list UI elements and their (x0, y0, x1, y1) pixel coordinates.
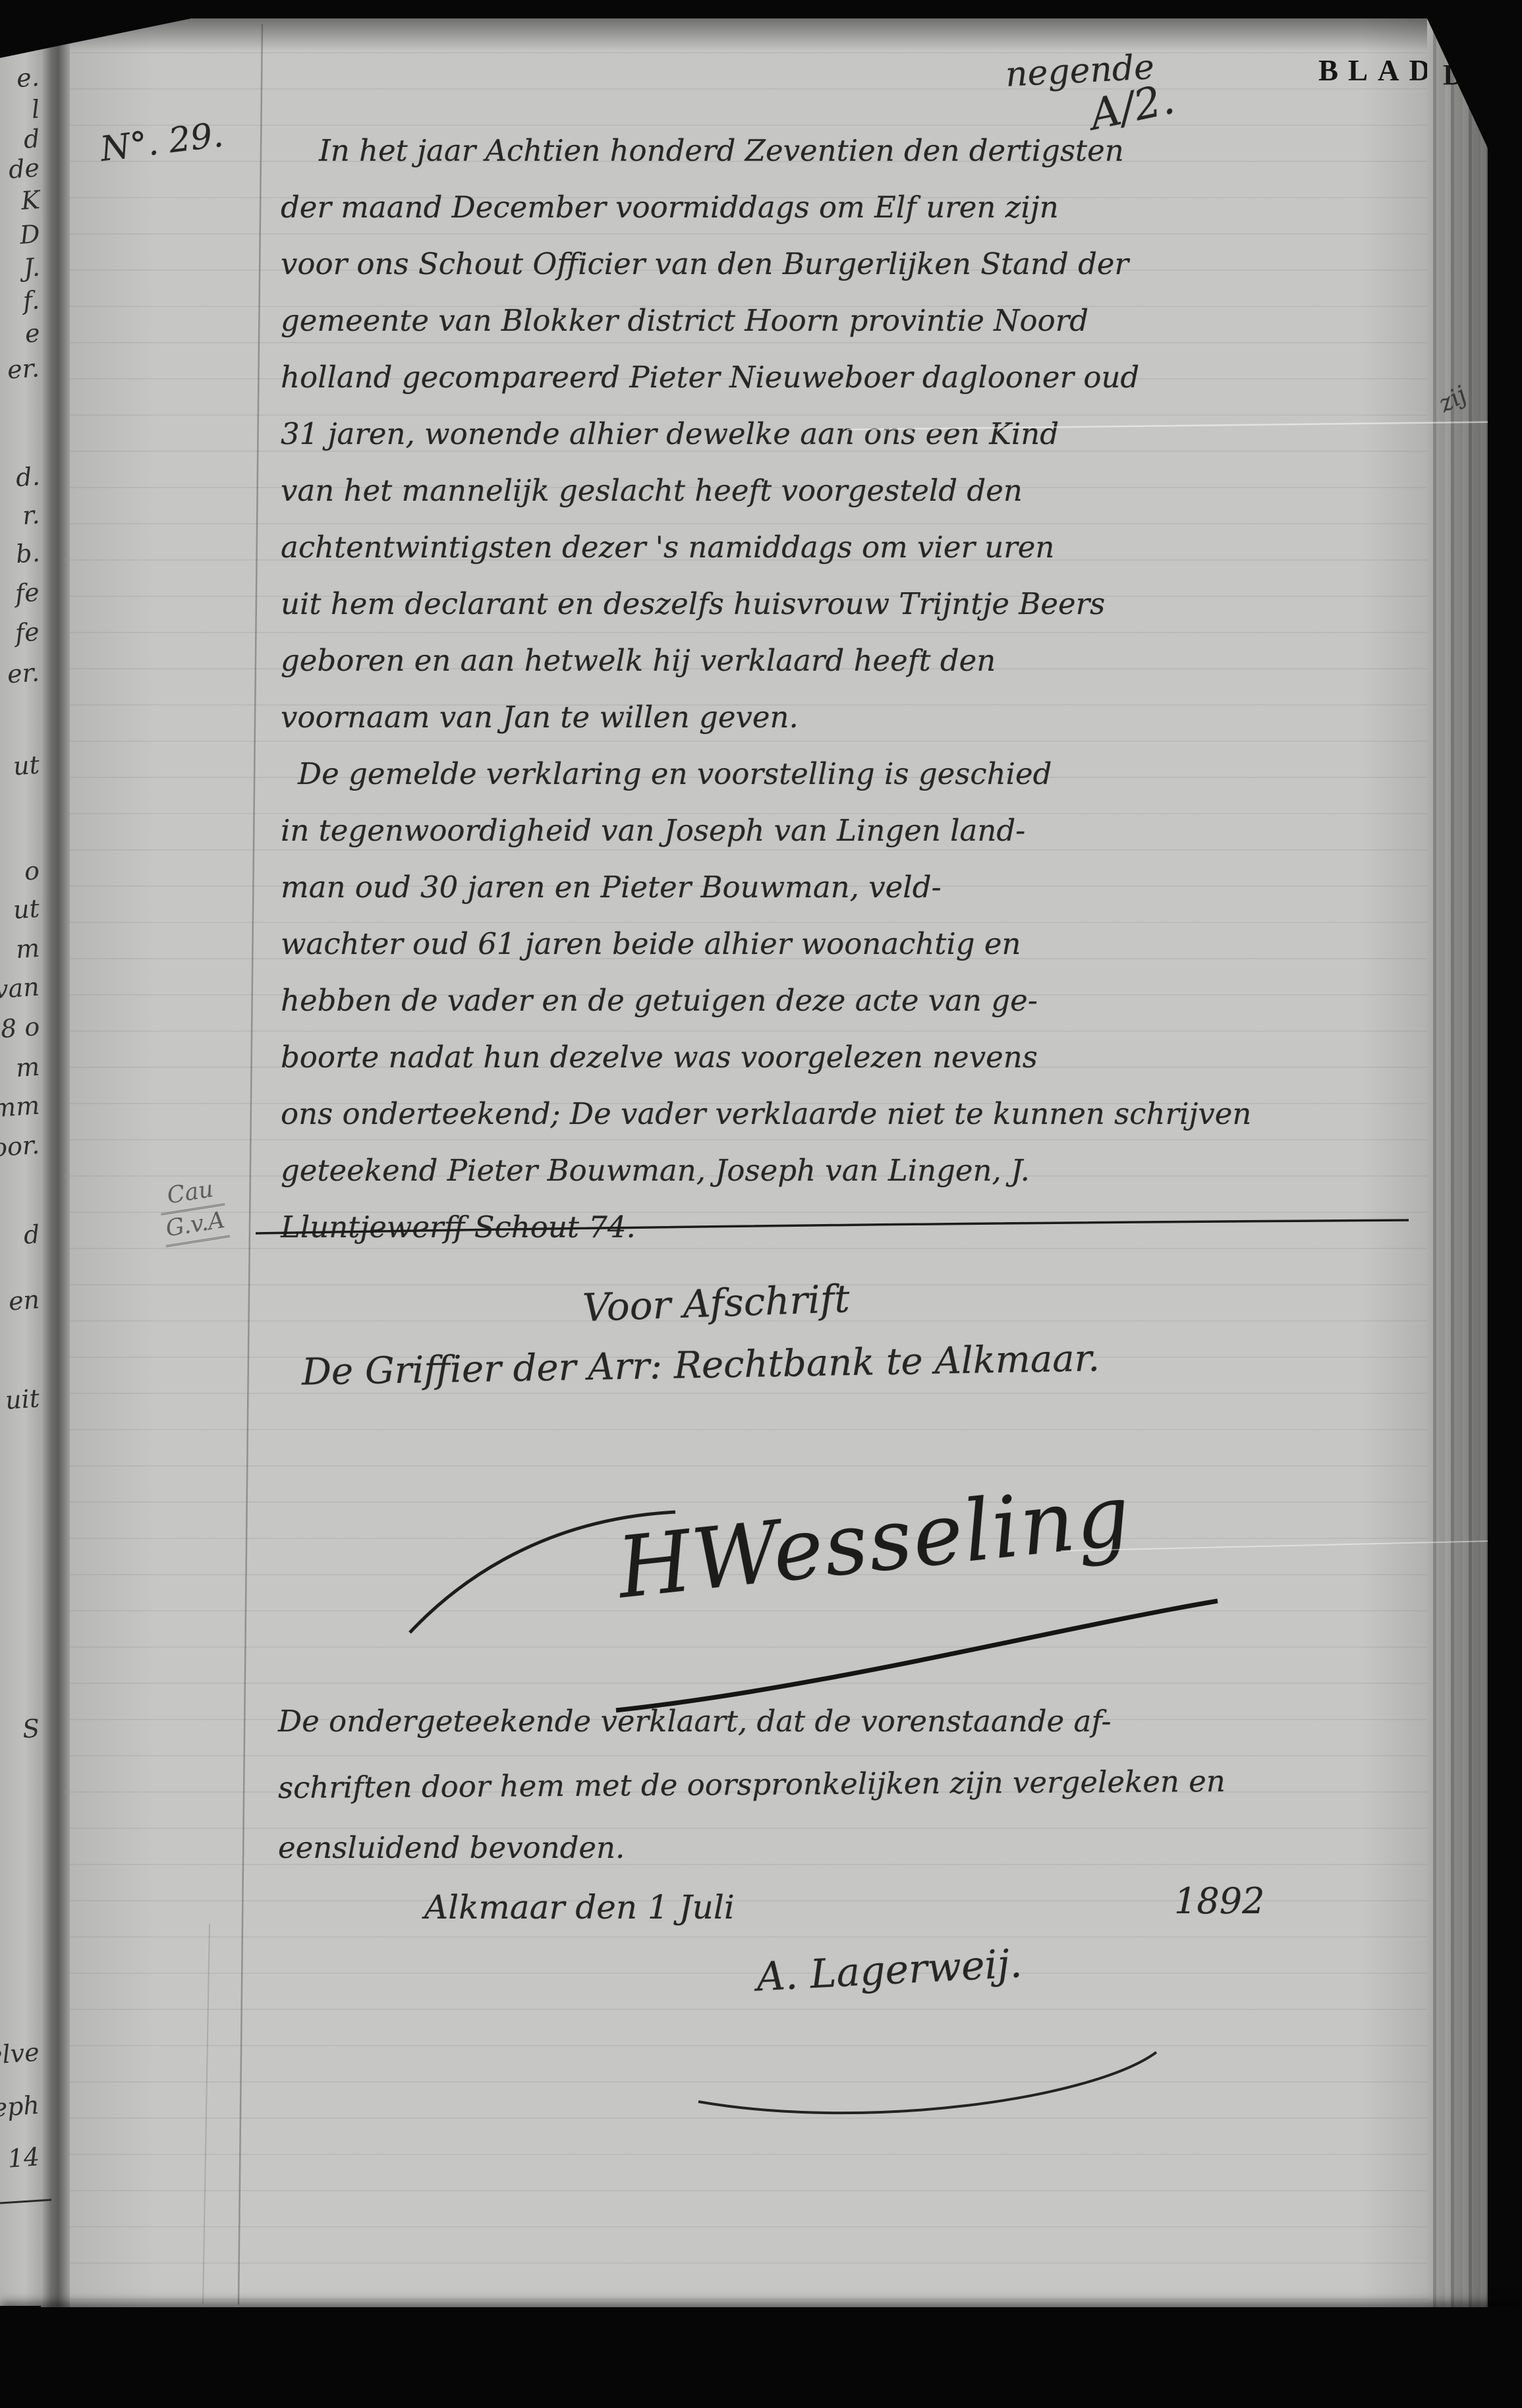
scan-border-bottom (0, 2307, 1522, 2408)
verifier-signature: A. Lagerweij. (755, 1940, 1023, 2000)
left-page-text-fragment: oor. (0, 1131, 40, 1163)
act-line: gemeente van Blokker district Hoorn prov… (281, 293, 1440, 349)
act-line: man oud 30 jaren en Pieter Bouwman, veld… (281, 859, 1440, 916)
declaration-line: eensluidend bevonden. (278, 1830, 625, 1865)
left-page-text-fragment: J. (22, 252, 40, 283)
left-page-text-fragment: oud 14 (0, 2142, 40, 2177)
scan-background-right (1488, 0, 1522, 2408)
left-page-text-fragment: ut (13, 894, 41, 925)
left-page-text-fragment: zelve (0, 2038, 40, 2071)
page-top-shadow (70, 17, 1427, 51)
page-edge-stack: D zij (1427, 17, 1488, 2309)
certification-heading: Voor Afschrift (582, 1276, 851, 1330)
left-page-text-fragment: er. (7, 658, 41, 688)
act-line: 31 jaren, wonende alhier dewelke aan ons… (281, 406, 1440, 462)
act-line: Lluntjewerff Schout 74. (281, 1199, 1440, 1256)
left-page-text-fragment: m (14, 1052, 40, 1082)
left-page-text-fragment: D (18, 219, 40, 250)
left-page-text-fragment: r. (21, 500, 40, 530)
left-page-text-fragment: d. (14, 462, 40, 492)
act-line: hebben de vader en de getuigen deze acte… (281, 972, 1440, 1029)
act-line: boorte nadat hun dezelve was voorgelezen… (281, 1029, 1440, 1086)
left-page-text-fragment: d (22, 1219, 40, 1250)
declaration-line: schriften door hem met de oorspronkelijk… (278, 1764, 1226, 1805)
act-body: In het jaar Achtien honderd Zeventien de… (281, 123, 1440, 1256)
act-line: ons onderteekend; De vader verklaarde ni… (281, 1086, 1440, 1142)
act-line: der maand December voormiddags om Elf ur… (281, 179, 1440, 236)
act-line: De gemelde verklaring en voorstelling is… (281, 746, 1440, 802)
act-number: N°. 29. (98, 115, 225, 169)
act-line: achtentwintigsten dezer 's namiddags om … (281, 519, 1440, 576)
printed-blad-label: BLAD (1318, 53, 1440, 88)
left-page-text-fragment: K (20, 185, 40, 215)
act-line: holland gecompareerd Pieter Nieuweboer d… (281, 349, 1440, 406)
adjacent-page-sliver: e. l d de K D J. f. e er. d. r. b. fe fe… (0, 17, 41, 2306)
declaration-year: 1892 (1174, 1880, 1264, 1922)
scan-border-top (0, 0, 1522, 18)
left-page-text-fragment: ut (13, 750, 41, 781)
act-line: in tegenwoordigheid van Joseph van Linge… (281, 802, 1440, 859)
left-page-text-fragment: S (21, 1714, 40, 1744)
certification-clerk-line: De Griffier der Arr: Rechtbank te Alkmaa… (302, 1337, 1100, 1393)
left-page-text-fragment: e (24, 318, 41, 348)
left-page-text-fragment: de (8, 153, 41, 184)
register-page: negende BLAD A/2. N°. 29. In het jaar Ac… (70, 17, 1427, 2309)
left-page-text-fragment: 8 o (0, 1012, 40, 1044)
left-page-text-fragment: o (24, 856, 41, 885)
left-page-text-fragment: en (8, 1285, 41, 1316)
left-page-text-fragment: uit (5, 1384, 41, 1415)
margin-check-note: Cau G.v.A (156, 1173, 230, 1247)
left-page-text-fragment: er. (7, 353, 41, 384)
left-page-text-fragment: van (0, 972, 40, 1005)
act-line: voornaam van Jan te willen geven. (281, 689, 1440, 746)
act-line: geteekend Pieter Bouwman, Joseph van Lin… (281, 1142, 1440, 1199)
left-page-text-fragment: seph (0, 2090, 40, 2123)
archival-scan: e. l d de K D J. f. e er. d. r. b. fe fe… (0, 0, 1522, 2408)
left-page-text-fragment: d (22, 124, 40, 154)
declaration-place-date: Alkmaar den 1 Juli (424, 1888, 735, 1926)
left-page-text-fragment: mm (0, 1091, 40, 1123)
act-line: geboren en aan hetwelk hij verklaard hee… (281, 632, 1440, 689)
left-page-text-fragment: m (14, 934, 40, 964)
left-page-text-fragment: l (30, 95, 40, 125)
act-line: In het jaar Achtien honderd Zeventien de… (281, 123, 1440, 179)
left-page-text-fragment: b. (14, 538, 40, 569)
edge-ink-mark: zij (1434, 381, 1471, 418)
act-line: wachter oud 61 jaren beide alhier woonac… (281, 916, 1440, 972)
book-gutter-shadow (41, 17, 70, 2309)
left-page-text-fragment: e. (16, 63, 41, 93)
left-page-text-fragment: fe (14, 578, 41, 608)
act-line: van het mannelijk geslacht heeft voorges… (281, 462, 1440, 519)
clerk-signature: HWesseling (613, 1467, 1135, 1618)
left-page-text-fragment: f. (22, 285, 41, 316)
declaration-line: De ondergeteekende verklaart, dat de vor… (278, 1704, 1112, 1739)
left-page-text-fragment: fe (14, 617, 41, 648)
act-line: uit hem declarant en deszelfs huisvrouw … (281, 576, 1440, 632)
act-line: voor ons Schout Officier van den Burgerl… (281, 236, 1440, 293)
